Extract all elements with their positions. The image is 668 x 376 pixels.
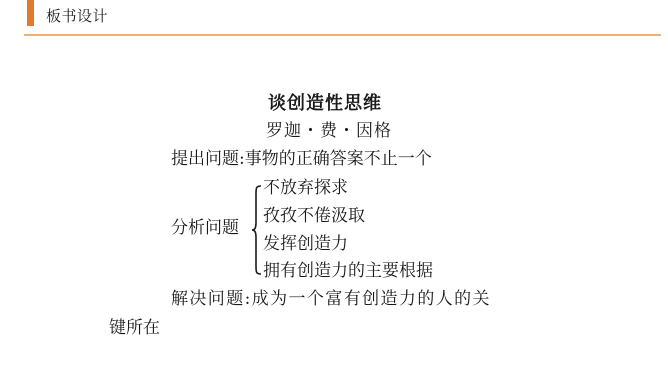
board-author: 罗迦・费・因格 (266, 116, 392, 141)
analyze-item: 发挥创造力 (263, 229, 348, 254)
header-accent-bar (27, 0, 34, 26)
solve-problem-continuation: 键所在 (109, 313, 160, 338)
header-divider (24, 34, 661, 36)
section-title: 板书设计 (46, 5, 108, 26)
analyze-item: 拥有创造力的主要根据 (263, 256, 433, 281)
analyze-item: 不放弃探求 (263, 173, 348, 198)
analyze-item: 孜孜不倦汲取 (263, 201, 365, 226)
curly-brace-icon (250, 184, 264, 276)
analyze-problem-label: 分析问题 (171, 213, 239, 238)
raise-problem-line: 提出问题:事物的正确答案不止一个 (171, 144, 432, 169)
board-title: 谈创造性思维 (268, 89, 382, 115)
solve-problem-line: 解决问题:成为一个富有创造力的人的关 (171, 284, 491, 309)
